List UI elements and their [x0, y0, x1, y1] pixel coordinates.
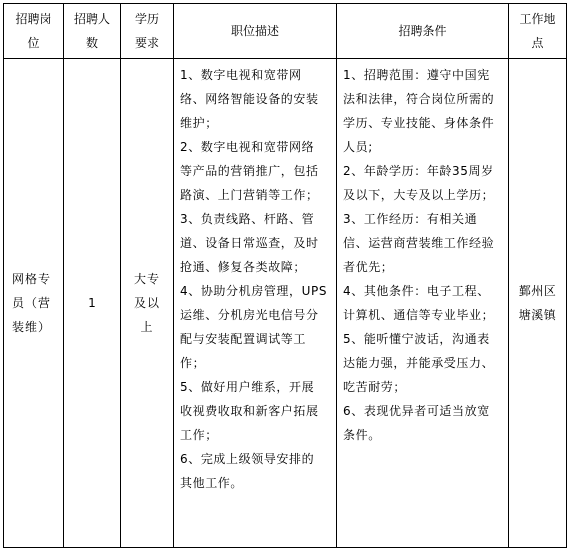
cell-requirements: 1、招聘范围：遵守中国宪 法和法律，符合岗位所需的 学历、专业技能、身体条件 人… [337, 59, 509, 548]
requirement-line: 计算机、通信等专业毕业； [343, 303, 504, 327]
requirement-line: 学历、专业技能、身体条件 [343, 111, 504, 135]
requirement-line: 条件。 [343, 423, 504, 447]
header-row: 招聘岗 位 招聘人 数 学历 要求 职位描述 招聘条件 工作地 点 [4, 4, 567, 59]
cell-education: 大专 及以 上 [121, 59, 174, 548]
description-line: 络、网络智能设备的安装 [180, 87, 332, 111]
description-line: 1、数字电视和宽带网 [180, 63, 332, 87]
requirement-line: 达能力强，并能承受压力、 [343, 351, 504, 375]
header-education-line-2: 要求 [121, 31, 173, 55]
header-requirements: 招聘条件 [337, 4, 509, 59]
cell-location: 鄞州区 塘溪镇 [509, 59, 567, 548]
requirement-line: 5、能听懂宁波话，沟通表 [343, 327, 504, 351]
description-line: 配与安装配置调试等工 [180, 327, 332, 351]
cell-position: 网格专 员（营 装维） [4, 59, 64, 548]
description-line: 3、负责线路、杆路、管 [180, 207, 332, 231]
requirement-line: 6、表现优异者可适当放宽 [343, 399, 504, 423]
requirement-line: 4、其他条件：电子工程、 [343, 279, 504, 303]
description-line: 等产品的营销推广，包括 [180, 159, 332, 183]
header-count-line-1: 招聘人 [64, 7, 120, 31]
requirement-line: 2、年龄学历：年龄35周岁 [343, 159, 504, 183]
cell-description: 1、数字电视和宽带网 络、网络智能设备的安装 维护； 2、数字电视和宽带网络 等… [174, 59, 337, 548]
description-line: 抢通、修复各类故障； [180, 255, 332, 279]
header-count: 招聘人 数 [64, 4, 121, 59]
description-line: 作； [180, 351, 332, 375]
headcount-value: 1 [88, 296, 96, 310]
header-location-line-2: 点 [509, 31, 566, 55]
description-line: 工作； [180, 423, 332, 447]
requirement-line: 信、运营商营装维工作经验 [343, 231, 504, 255]
requirement-line: 人员; [343, 135, 504, 159]
requirement-line: 3、工作经历：有相关通 [343, 207, 504, 231]
requirement-line: 及以下，大专及以上学历； [343, 183, 504, 207]
cell-count: 1 [64, 59, 121, 548]
header-requirements-label: 招聘条件 [337, 19, 508, 43]
header-description: 职位描述 [174, 4, 337, 59]
location-line-1: 鄞州区 [509, 279, 566, 303]
requirement-line: 法和法律，符合岗位所需的 [343, 87, 504, 111]
header-position: 招聘岗 位 [4, 4, 64, 59]
header-description-label: 职位描述 [174, 19, 336, 43]
header-position-line-2: 位 [4, 31, 63, 55]
description-line: 4、协助分机房管理，UPS [180, 279, 332, 303]
header-position-line-1: 招聘岗 [4, 7, 63, 31]
description-line: 5、做好用户维系，开展 [180, 375, 332, 399]
description-line: 其他工作。 [180, 471, 332, 495]
description-line: 运维、分机房光电信号分 [180, 303, 332, 327]
description-line: 6、完成上级领导安排的 [180, 447, 332, 471]
description-line: 2、数字电视和宽带网络 [180, 135, 332, 159]
header-location: 工作地 点 [509, 4, 567, 59]
position-line-2: 员（营 [12, 291, 63, 315]
requirement-line: 1、招聘范围：遵守中国宪 [343, 63, 504, 87]
requirement-line: 者优先； [343, 255, 504, 279]
description-line: 收视费收取和新客户拓展 [180, 399, 332, 423]
description-line: 路演、上门营销等工作； [180, 183, 332, 207]
position-line-3: 装维） [12, 315, 63, 339]
position-line-1: 网格专 [12, 267, 63, 291]
header-count-line-2: 数 [64, 31, 120, 55]
education-line-1: 大专 [121, 267, 173, 291]
header-education-line-1: 学历 [121, 7, 173, 31]
description-line: 道、设备日常巡查，及时 [180, 231, 332, 255]
education-line-2: 及以 [121, 291, 173, 315]
header-location-line-1: 工作地 [509, 7, 566, 31]
requirement-line: 吃苦耐劳； [343, 375, 504, 399]
location-line-2: 塘溪镇 [509, 303, 566, 327]
education-line-3: 上 [121, 315, 173, 339]
header-education: 学历 要求 [121, 4, 174, 59]
table-row: 网格专 员（营 装维） 1 大专 及以 上 1、数字电视和宽带网 络、网络智能设… [4, 59, 567, 548]
recruitment-table: 招聘岗 位 招聘人 数 学历 要求 职位描述 招聘条件 工作地 点 [3, 3, 567, 548]
description-line: 维护； [180, 111, 332, 135]
